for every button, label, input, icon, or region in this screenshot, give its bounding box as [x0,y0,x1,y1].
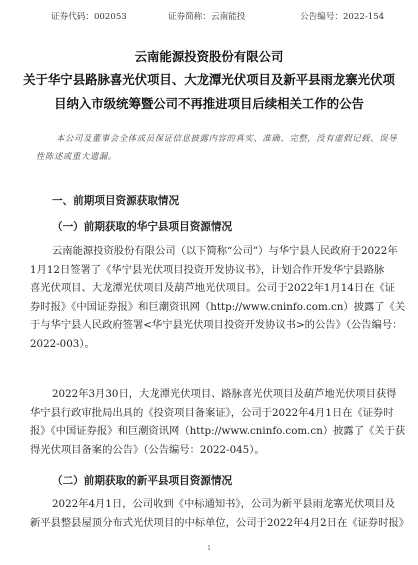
document-page: 证券代码：002053 证券简称：云南能投 公告编号：2022-154 云南能源… [0,0,418,565]
company-name: 云南能源投资股份有限公司 [0,47,418,65]
text-line: 2022年4月1日，公司收到《中标通知书》，公司为新平县雨龙寨光伏项目及 [30,495,400,514]
text-line: 报》《中国证券报》和巨潮资讯网（http://www.cninfo.com.cn… [30,422,400,441]
text-line: 2022年3月30日，大龙潭光伏项目、路脉喜光伏项目及葫芦地光伏项目获得 [30,385,400,404]
section-heading-1: 一、前期项目资源获取情况 [52,193,179,208]
subsection-heading-1: （一）前期获取的华宁县项目资源情况 [52,219,232,234]
text-line: 得光伏项目备案的公告》（公告编号：2022-045）。 [30,441,400,460]
text-line: 喜光伏项目、大龙潭光伏项目及葫芦地光伏项目。公司于2022年1月14日在《证 [30,279,400,298]
text-line: 新平县整县屋顶分布式光伏项目的中标单位，公司于2022年4月2日在《证券时报》 [30,514,400,533]
announcement-title-line-2: 目纳入市级统筹暨公司不再推进项目后续相关工作的公告 [0,94,418,112]
paragraph-xinping-bid: 2022年4月1日，公司收到《中标通知书》，公司为新平县雨龙寨光伏项目及 新平县… [30,495,400,532]
paragraph-huaning-agreement: 云南能源投资股份有限公司（以下简称“公司”）与华宁县人民政府于2022年 1月1… [30,242,400,353]
text-line: 于与华宁县人民政府签署<华宁县光伏项目投资开发协议书>的公告》（公告编号： [30,316,400,335]
page-number: 1 [0,545,418,552]
text-line: 券时报》《中国证券报》和巨潮资讯网（http://www.cninfo.com.… [30,298,400,317]
disclaimer: 本公司及董事会全体成员保证信息披露内容的真实、准确、完整，没有虚假记载、误导 性… [36,129,398,165]
text-line: 华宁县行政审批局出具的《投资项目备案证》，公司于2022年4月1日在《证券时 [30,404,400,423]
document-header: 证券代码：002053 证券简称：云南能投 公告编号：2022-154 [0,10,418,24]
text-line: 2022-003）。 [30,335,400,354]
disclaimer-line-2: 性陈述或重大遗漏。 [16,147,117,165]
paragraph-huaning-filing: 2022年3月30日，大龙潭光伏项目、路脉喜光伏项目及葫芦地光伏项目获得 华宁县… [30,385,400,459]
announcement-title-line-1: 关于华宁县路脉喜光伏项目、大龙潭光伏项目及新平县雨龙寨光伏项 [0,70,418,88]
text-line: 云南能源投资股份有限公司（以下简称“公司”）与华宁县人民政府于2022年 [30,242,400,261]
text-line: 1月12日签署了《华宁县光伏项目投资开发协议书》，计划合作开发华宁县路脉 [30,261,400,280]
subsection-heading-2: （二）前期获取的新平县项目资源情况 [52,473,232,488]
security-abbreviation: 证券简称：云南能投 [168,10,245,22]
disclaimer-line-1: 本公司及董事会全体成员保证信息披露内容的真实、准确、完整，没有虚假记载、误导 [56,133,397,143]
announcement-number: 公告编号：2022-154 [300,10,384,22]
security-code: 证券代码：002053 [51,10,127,22]
